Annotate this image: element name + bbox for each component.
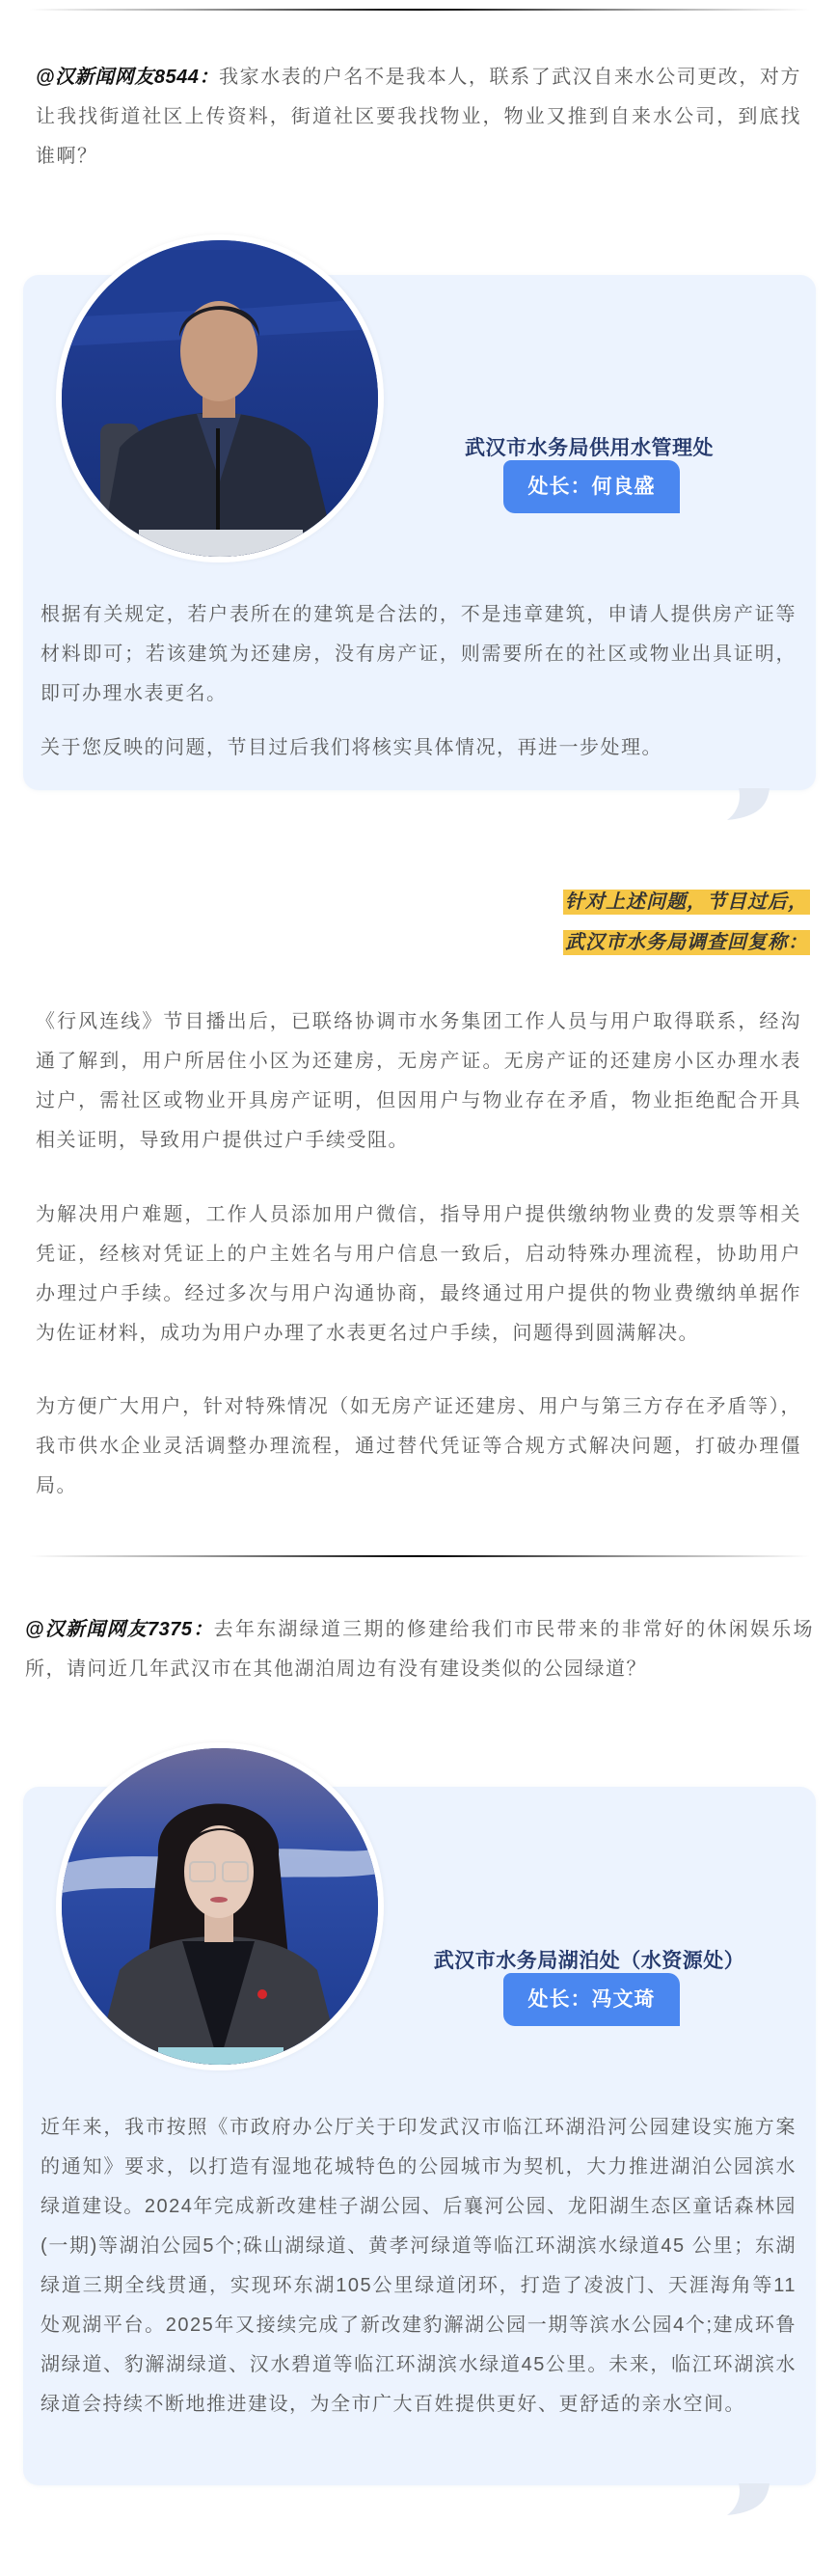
speech-bubble-tail xyxy=(725,2483,773,2516)
highlight-line-1: 针对上述问题，节目过后， xyxy=(563,890,810,915)
highlight-line-2: 武汉市水务局调查回复称： xyxy=(563,930,810,955)
portrait-photo-male-official-icon xyxy=(62,240,378,557)
official-title-badge-2: 处长：冯文琦 xyxy=(503,1973,680,2026)
official-photo-1 xyxy=(56,234,384,562)
department-name-1: 武汉市水务局供用水管理处 xyxy=(453,432,725,461)
section-divider xyxy=(29,1555,810,1557)
portrait-photo-female-official-icon xyxy=(62,1748,378,2065)
followup-highlight: 针对上述问题，节目过后， 武汉市水务局调查回复称： xyxy=(563,890,810,971)
question-2: @汉新闻网友7375：去年东湖绿道三期的修建给我们市民带来的非常好的休闲娱乐场所… xyxy=(25,1610,814,1689)
question-user-name: @汉新闻网友7375： xyxy=(25,1619,214,1640)
followup-paragraph-2: 为解决用户难题，工作人员添加用户微信，指导用户提供缴纳物业费的发票等相关凭证，经… xyxy=(36,1195,801,1354)
followup-paragraph-1: 《行风连线》节目播出后，已联络协调市水务集团工作人员与用户取得联系，经沟通了解到… xyxy=(36,1002,801,1161)
question-1: @汉新闻网友8544：我家水表的户名不是我本人，联系了武汉自来水公司更改，对方让… xyxy=(36,58,801,177)
department-name-2: 武汉市水务局湖泊处（水资源处） xyxy=(424,1945,754,1974)
question-user-name: @汉新闻网友8544： xyxy=(36,67,219,88)
followup-paragraph-3: 为方便广大用户，针对特殊情况（如无房产证还建房、用户与第三方存在矛盾等），我市供… xyxy=(36,1387,801,1506)
answer-1-paragraph-2: 关于您反映的问题，节目过后我们将核实具体情况，再进一步处理。 xyxy=(40,728,796,768)
speech-bubble-tail xyxy=(725,788,773,821)
section-divider xyxy=(29,9,810,11)
answer-2-paragraph-1: 近年来，我市按照《市政府办公厅关于印发武汉市临江环湖沿河公园建设实施方案的通知》… xyxy=(40,2108,796,2425)
official-title-badge-1: 处长：何良盛 xyxy=(503,460,680,513)
answer-1-paragraph-1: 根据有关规定，若户表所在的建筑是合法的，不是违章建筑，申请人提供房产证等材料即可… xyxy=(40,595,796,714)
official-photo-2 xyxy=(56,1742,384,2070)
